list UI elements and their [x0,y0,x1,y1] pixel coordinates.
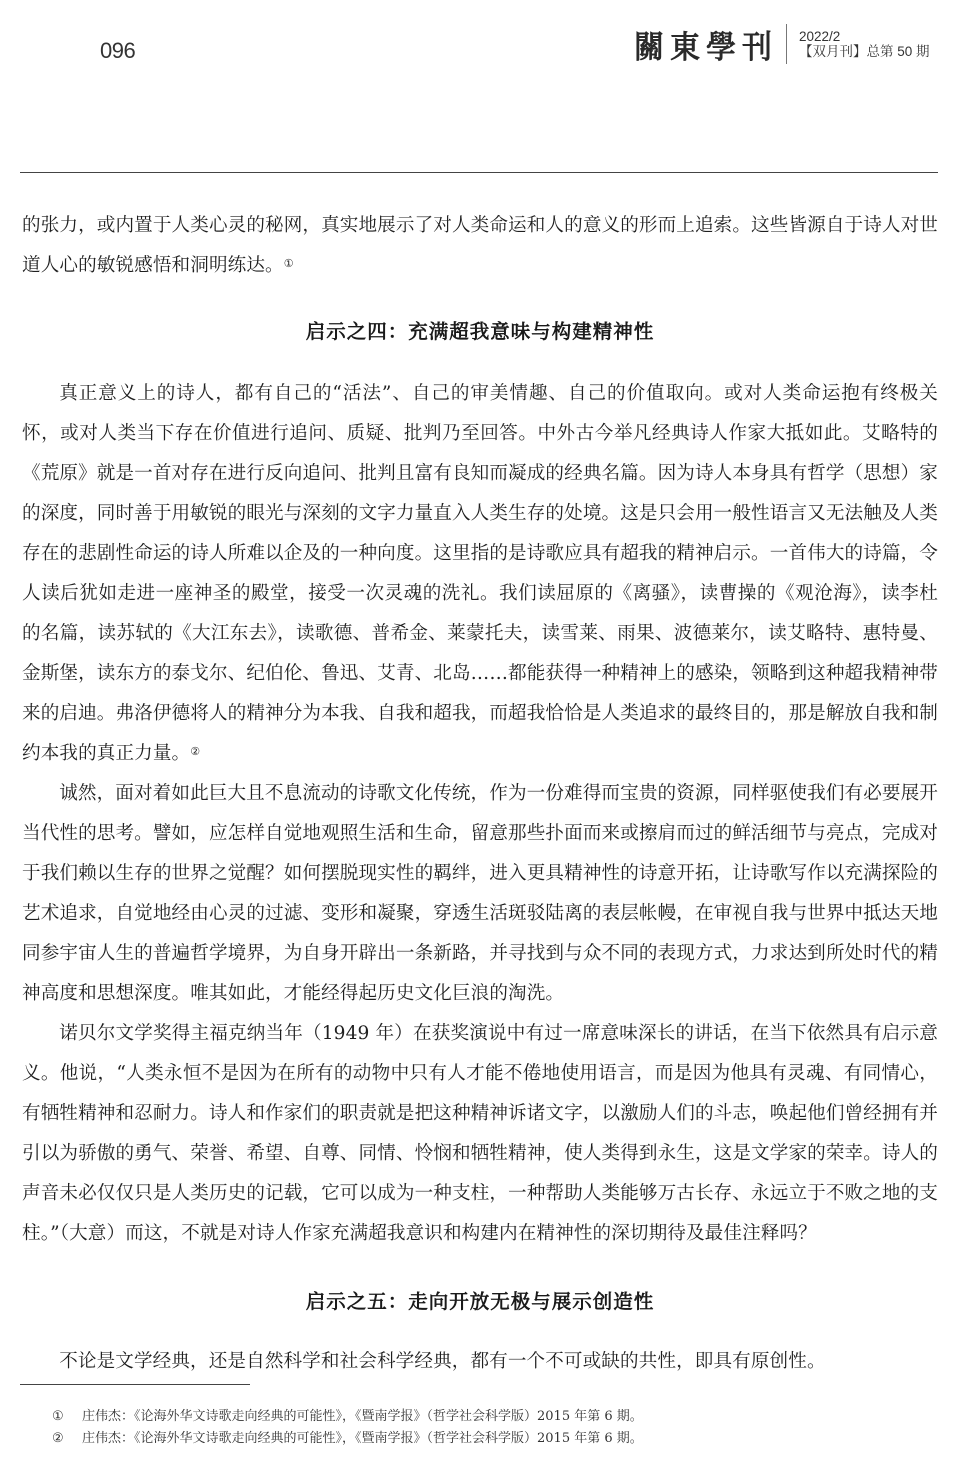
issue-number: 【双月刊】总第 50 期 [799,44,930,59]
article-body: 的张力，或内置于人类心灵的秘网，真实地展示了对人类命运和人的意义的形而上追索。这… [22,206,938,1382]
footnote-text: 庄伟杰：《论海外华文诗歌走向经典的可能性》，《暨南学报》（哲学社会科学版）201… [82,1406,643,1428]
masthead-divider [786,24,787,64]
footnote-text: 庄伟杰：《论海外华文诗歌走向经典的可能性》，《暨南学报》（哲学社会科学版）201… [82,1428,643,1450]
journal-logo: 關東學刊 [634,21,778,67]
paragraph-text: 真正意义上的诗人，都有自己的“活法”、自己的审美情趣、自己的价值取向。或对人类命… [22,383,938,764]
intro-text: 的张力，或内置于人类心灵的秘网，真实地展示了对人类命运和人的意义的形而上追索。这… [22,215,938,276]
footnotes: ① 庄伟杰：《论海外华文诗歌走向经典的可能性》，《暨南学报》（哲学社会科学版）2… [52,1406,643,1450]
footnote-1: ① 庄伟杰：《论海外华文诗歌走向经典的可能性》，《暨南学报》（哲学社会科学版）2… [52,1406,643,1428]
masthead: 關東學刊 2022/2 【双月刊】总第 50 期 [634,24,930,64]
header-rule [20,172,938,173]
section-heading-4: 启示之四：充满超我意味与构建精神性 [22,316,938,344]
footnote-mark: ① [52,1406,82,1428]
footnote-mark: ② [52,1428,82,1450]
footnote-ref-2[interactable]: ② [190,745,200,758]
section-heading-5: 启示之五：走向开放无极与展示创造性 [22,1286,938,1314]
footnote-2: ② 庄伟杰：《论海外华文诗歌走向经典的可能性》，《暨南学报》（哲学社会科学版）2… [52,1428,643,1450]
issue-info: 2022/2 【双月刊】总第 50 期 [799,29,930,59]
footnote-rule [20,1384,250,1385]
intro-paragraph: 的张力，或内置于人类心灵的秘网，真实地展示了对人类命运和人的意义的形而上追索。这… [22,206,938,286]
footnote-ref-1[interactable]: ① [284,257,294,270]
section4-paragraph-3: 诺贝尔文学奖得主福克纳当年（1949 年）在获奖演说中有过一席意味深长的讲话，在… [22,1014,938,1254]
section5-paragraph-1: 不论是文学经典，还是自然科学和社会科学经典，都有一个不可或缺的共性，即具有原创性… [22,1342,938,1382]
section4-paragraph-1: 真正意义上的诗人，都有自己的“活法”、自己的审美情趣、自己的价值取向。或对人类命… [22,374,938,774]
section4-paragraph-2: 诚然，面对着如此巨大且不息流动的诗歌文化传统，作为一份难得而宝贵的资源，同样驱使… [22,774,938,1014]
page-number: 096 [100,38,135,64]
issue-date: 2022/2 [799,29,930,44]
